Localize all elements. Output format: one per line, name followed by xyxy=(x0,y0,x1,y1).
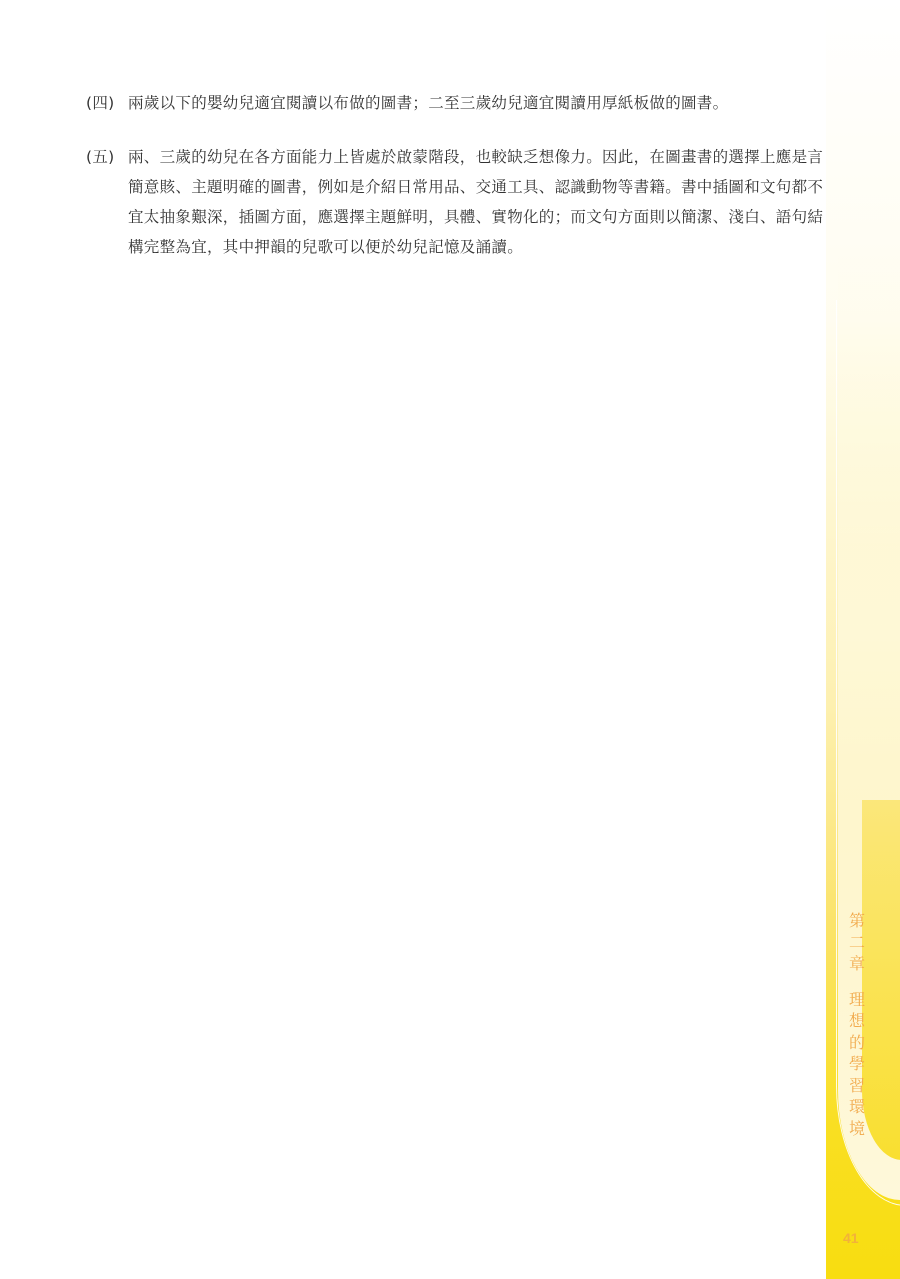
chapter-label: 第 二 章 理 想 的 學 習 環 境 xyxy=(846,910,868,1139)
item-text: 兩、三歲的幼兒在各方面能力上皆處於啟蒙階段，也較缺乏想像力。因此，在圖畫書的選擇… xyxy=(128,142,826,262)
chapter-char: 章 xyxy=(846,953,868,975)
chapter-title-char: 的 xyxy=(846,1032,868,1054)
chapter-title-char: 環 xyxy=(846,1096,868,1118)
chapter-title-char: 境 xyxy=(846,1118,868,1140)
page-number: 41 xyxy=(843,1230,859,1246)
chapter-title-char: 理 xyxy=(846,989,868,1011)
item-marker: (四) xyxy=(86,88,128,118)
list-item-5: (五) 兩、三歲的幼兒在各方面能力上皆處於啟蒙階段，也較缺乏想像力。因此，在圖畫… xyxy=(86,142,826,262)
list-item-4: (四) 兩歲以下的嬰幼兒適宜閱讀以布做的圖書；二至三歲幼兒適宜閱讀用厚紙板做的圖… xyxy=(86,88,826,118)
item-text: 兩歲以下的嬰幼兒適宜閱讀以布做的圖書；二至三歲幼兒適宜閱讀用厚紙板做的圖書。 xyxy=(128,88,826,118)
chapter-title-char: 學 xyxy=(846,1053,868,1075)
chapter-title-char: 習 xyxy=(846,1075,868,1097)
page-content: (四) 兩歲以下的嬰幼兒適宜閱讀以布做的圖書；二至三歲幼兒適宜閱讀用厚紙板做的圖… xyxy=(86,88,826,286)
chapter-char: 二 xyxy=(846,932,868,954)
item-marker: (五) xyxy=(86,142,128,262)
chapter-title-char: 想 xyxy=(846,1010,868,1032)
chapter-char: 第 xyxy=(846,910,868,932)
